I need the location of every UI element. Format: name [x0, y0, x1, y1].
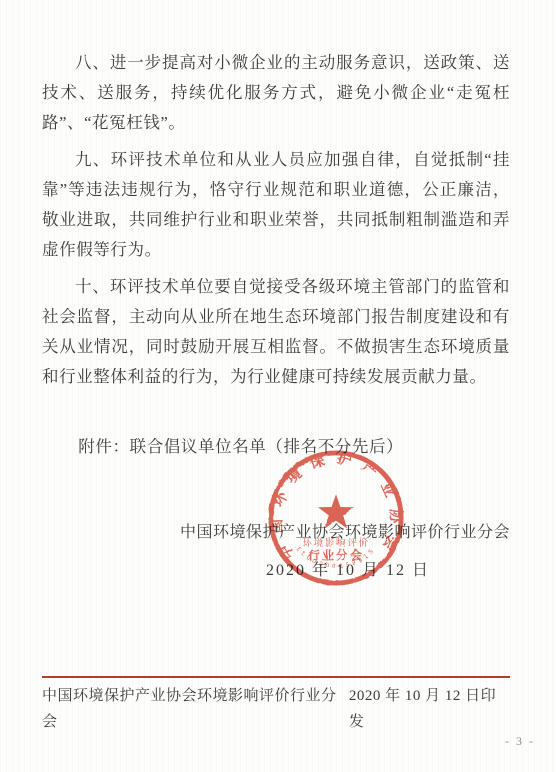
footer-rule [42, 676, 510, 678]
body-paragraph-8: 八、进一步提高对小微企业的主动服务意识，送政策、送技术、送服务，持续优化服务方式… [42, 48, 510, 138]
seal-star-icon [318, 494, 354, 528]
body-paragraph-9: 九、环评技术单位和从业人员应加强自律，自觉抵制“挂靠”等违法违规行为，恪守行业规… [42, 145, 510, 265]
document-page: 八、进一步提高对小微企业的主动服务意识，送政策、送技术、送服务，持续优化服务方式… [0, 0, 556, 772]
page-number: - 3 - [505, 734, 535, 749]
footer-issuer: 中国环境保护产业协会环境影响评价行业分会 [42, 683, 349, 735]
body-paragraph-10: 十、环评技术单位要自觉接受各级环境主管部门的监管和社会监督，主动向从业所在地生态… [42, 272, 510, 392]
seal-inner-line1: 环境影响评价 [302, 536, 369, 549]
footer-print-date: 2020 年 10 月 12 日印发 [349, 683, 510, 735]
official-seal-stamp: 中国环境保护产业协会 环境影响评价 行业分会 1100000058315 [266, 448, 406, 588]
footer: 中国环境保护产业协会环境影响评价行业分会 2020 年 10 月 12 日印发 [42, 683, 510, 735]
